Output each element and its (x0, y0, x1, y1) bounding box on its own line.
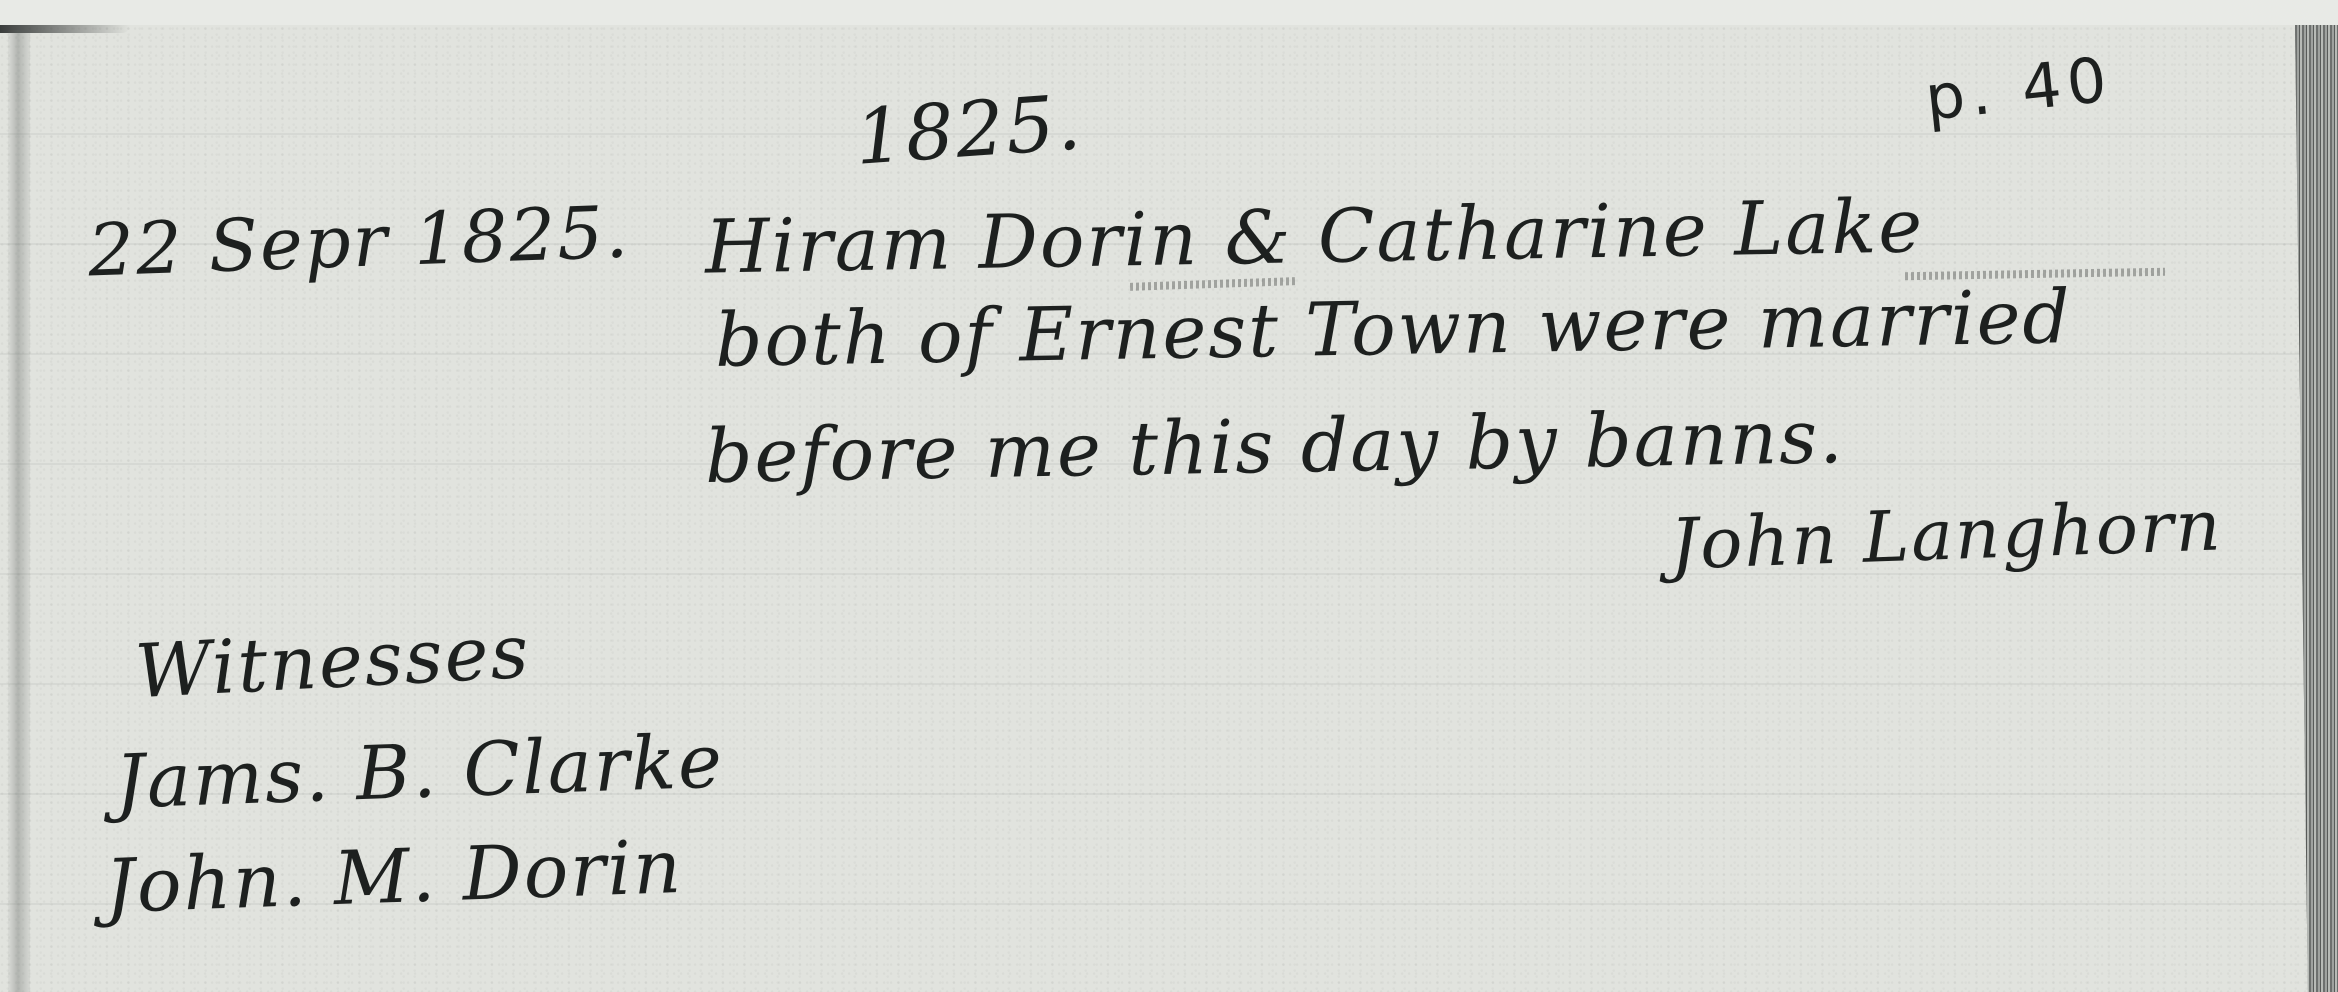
entry-text-line: both of Ernest Town were married (714, 280, 2072, 378)
scan-top-margin (0, 0, 2338, 25)
officiant-signature: John Langhorn (1669, 490, 2224, 579)
entry-text-line: Hiram Dorin & Catharine Lake (704, 189, 1924, 284)
entry-text-line: before me this day by banns. (704, 400, 1845, 494)
witnesses-label: Witnesses (133, 615, 532, 710)
witness-name: John. M. Dorin (104, 830, 684, 924)
year-heading: 1825. (853, 84, 1085, 176)
page-reference: p. 40 (1922, 48, 2115, 129)
entry-date: 22 Sepr 1825. (87, 196, 631, 287)
witness-name: Jams. B. Clarke (114, 724, 725, 819)
document-scan: p. 40 1825. 22 Sepr 1825. Hiram Dorin & … (0, 0, 2338, 992)
left-margin-gutter (8, 30, 30, 992)
